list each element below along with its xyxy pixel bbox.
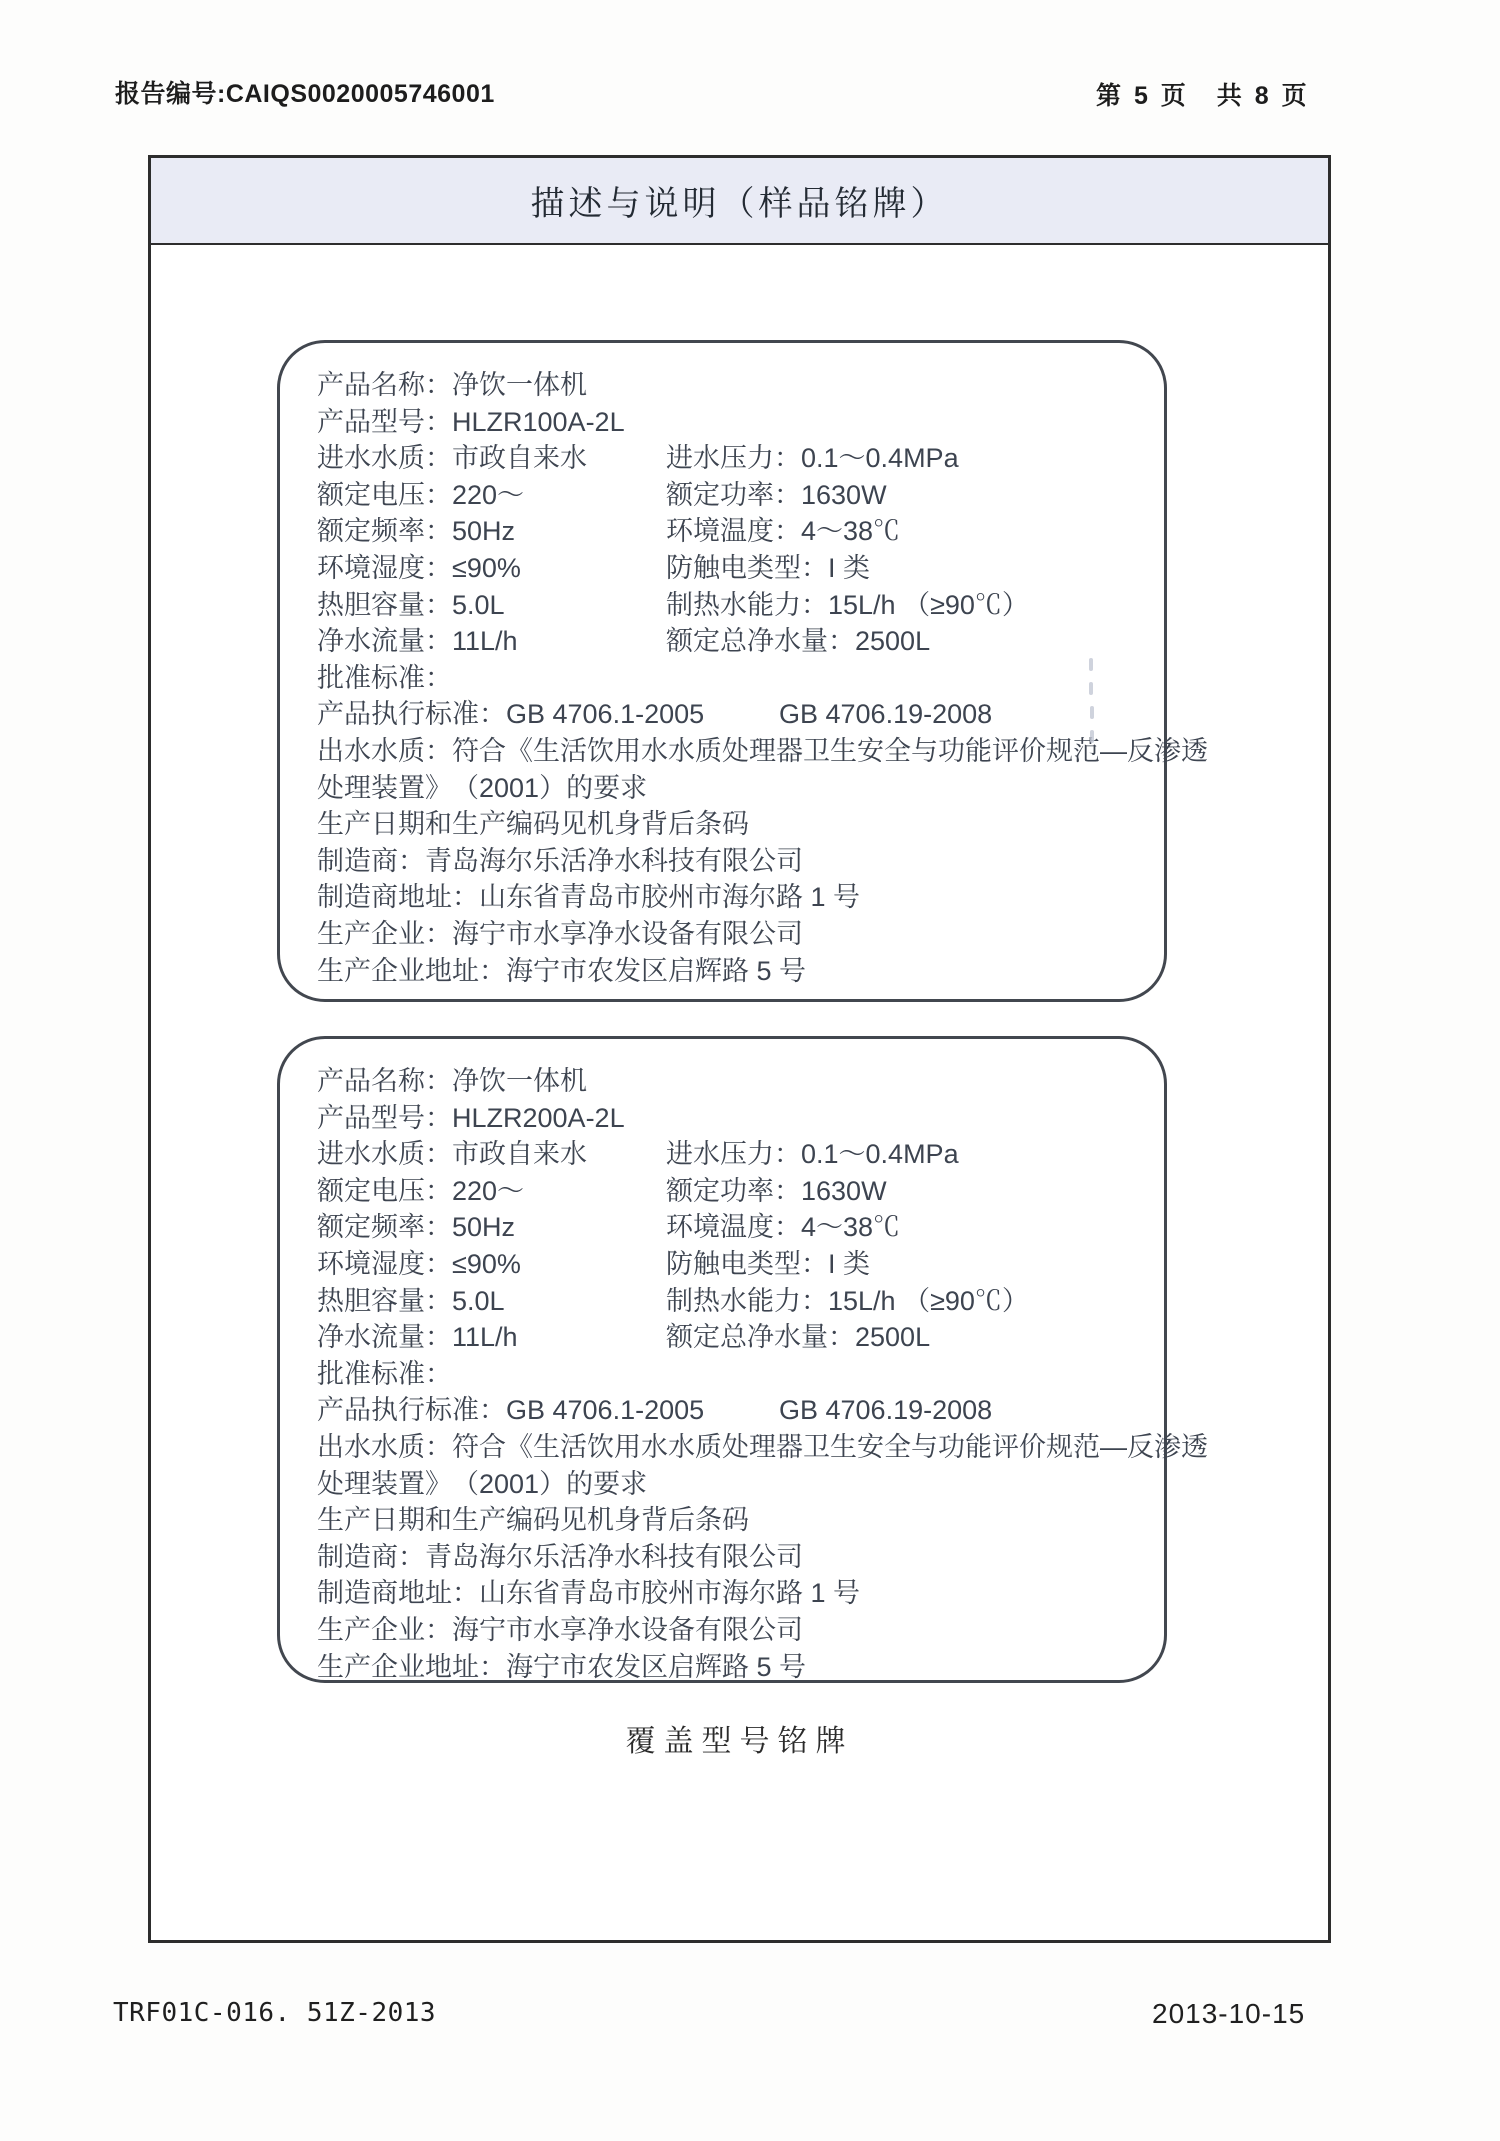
nameplate-box-1: 产品名称：净饮一体机产品型号：HLZR100A-2L进水水质：市政自来水进水压力… bbox=[277, 340, 1167, 1002]
nameplate-line-left: 产品执行标准：GB 4706.1-2005 bbox=[317, 1395, 704, 1425]
nameplate-line-left: 制造商：青岛海尔乐活净水科技有限公司 bbox=[317, 846, 803, 876]
nameplate-line-left: 环境湿度：≤90% bbox=[317, 1249, 521, 1279]
nameplate-line-left: 环境湿度：≤90% bbox=[317, 553, 521, 583]
nameplate-line-left: 额定电压：220～ bbox=[317, 480, 524, 510]
footer-doc-code: TRF01C-016. 51Z-2013 bbox=[113, 1998, 436, 2028]
nameplate-line-right: 防触电类型：I 类 bbox=[666, 550, 870, 587]
nameplate-line: 生产日期和生产编码见机身背后条码 bbox=[317, 1502, 1164, 1539]
nameplate-line: 出水水质：符合《生活饮用水水质处理器卫生安全与功能评价规范—反渗透 bbox=[317, 733, 1164, 770]
nameplate-line: 热胆容量：5.0L制热水能力：15L/h （≥90℃） bbox=[317, 1283, 1164, 1320]
nameplate-line: 产品型号：HLZR100A-2L bbox=[317, 404, 1164, 441]
nameplate-line-left: 生产日期和生产编码见机身背后条码 bbox=[317, 1505, 749, 1535]
nameplate-line-left: 生产企业地址：海宁市农发区启辉路 5 号 bbox=[317, 1652, 806, 1682]
page-indicator: 第 5 页 共 8 页 bbox=[1096, 76, 1310, 112]
nameplate-line-left: 批准标准： bbox=[317, 1359, 452, 1389]
nameplate-line-left: 产品执行标准：GB 4706.1-2005 bbox=[317, 699, 704, 729]
nameplate-line-left: 额定频率：50Hz bbox=[317, 516, 515, 546]
nameplate-line-right: 额定总净水量：2500L bbox=[666, 1319, 930, 1356]
nameplate-line-left: 净水流量：11L/h bbox=[317, 626, 518, 656]
nameplate-line-right: GB 4706.19-2008 bbox=[779, 1392, 992, 1429]
nameplate-line-left: 进水水质：市政自来水 bbox=[317, 1139, 587, 1169]
nameplate-line-left: 产品名称：净饮一体机 bbox=[317, 370, 587, 400]
nameplate-line: 进水水质：市政自来水进水压力：0.1～0.4MPa bbox=[317, 1136, 1164, 1173]
nameplate-line-left: 批准标准： bbox=[317, 663, 452, 693]
nameplate-line: 产品型号：HLZR200A-2L bbox=[317, 1100, 1164, 1137]
nameplate-line: 处理装置》 （2001）的要求 bbox=[317, 1466, 1164, 1503]
nameplate-line-right: 环境温度：4～38℃ bbox=[666, 513, 900, 550]
nameplate-line-right: 防触电类型：I 类 bbox=[666, 1246, 870, 1283]
nameplate-line-left: 净水流量：11L/h bbox=[317, 1322, 518, 1352]
nameplate-line-left: 额定电压：220～ bbox=[317, 1176, 524, 1206]
nameplate-line: 净水流量：11L/h额定总净水量：2500L bbox=[317, 623, 1164, 660]
nameplate-line-right: 制热水能力：15L/h （≥90℃） bbox=[666, 587, 1029, 624]
nameplate-line-left: 处理装置》 （2001）的要求 bbox=[317, 773, 647, 803]
nameplate-line: 产品名称：净饮一体机 bbox=[317, 367, 1164, 404]
nameplate-line-left: 产品名称：净饮一体机 bbox=[317, 1066, 587, 1096]
section-title-band: 描述与说明（样品铭牌） bbox=[151, 158, 1328, 245]
nameplate-line: 生产企业：海宁市水享净水设备有限公司 bbox=[317, 916, 1164, 953]
nameplate-line: 净水流量：11L/h额定总净水量：2500L bbox=[317, 1319, 1164, 1356]
nameplate-line-left: 处理装置》 （2001）的要求 bbox=[317, 1469, 647, 1499]
nameplate-line-left: 进水水质：市政自来水 bbox=[317, 443, 587, 473]
nameplate-line-right: 制热水能力：15L/h （≥90℃） bbox=[666, 1283, 1029, 1320]
nameplate-line: 环境湿度：≤90%防触电类型：I 类 bbox=[317, 550, 1164, 587]
nameplate-line-left: 生产企业：海宁市水享净水设备有限公司 bbox=[317, 1615, 803, 1645]
nameplate-line: 制造商地址：山东省青岛市胶州市海尔路 1 号 bbox=[317, 879, 1164, 916]
content-frame: 描述与说明（样品铭牌） 产品名称：净饮一体机产品型号：HLZR100A-2L进水… bbox=[148, 155, 1331, 1943]
nameplate-line-left: 生产企业地址：海宁市农发区启辉路 5 号 bbox=[317, 956, 806, 986]
nameplate-line-right: 环境温度：4～38℃ bbox=[666, 1209, 900, 1246]
nameplate-line: 批准标准： bbox=[317, 660, 1164, 697]
section-title: 描述与说明（样品铭牌） bbox=[531, 176, 949, 225]
nameplate-line: 额定频率：50Hz环境温度：4～38℃ bbox=[317, 513, 1164, 550]
nameplate-line: 生产企业地址：海宁市农发区启辉路 5 号 bbox=[317, 953, 1164, 990]
nameplate-line-left: 出水水质：符合《生活饮用水水质处理器卫生安全与功能评价规范—反渗透 bbox=[317, 1432, 1208, 1462]
nameplate-line-right: 额定功率：1630W bbox=[666, 1173, 887, 1210]
nameplate-line-left: 产品型号：HLZR200A-2L bbox=[317, 1103, 625, 1133]
nameplate-line: 产品执行标准：GB 4706.1-2005GB 4706.19-2008 bbox=[317, 696, 1164, 733]
nameplate-line-left: 生产日期和生产编码见机身背后条码 bbox=[317, 809, 749, 839]
nameplate-caption: 覆盖型号铭牌 bbox=[151, 1716, 1328, 1760]
scan-artifact bbox=[1090, 706, 1094, 719]
nameplate-line-right: GB 4706.19-2008 bbox=[779, 696, 992, 733]
nameplate-line: 额定电压：220～额定功率：1630W bbox=[317, 477, 1164, 514]
nameplate-line-left: 制造商地址：山东省青岛市胶州市海尔路 1 号 bbox=[317, 882, 860, 912]
nameplate-line: 环境湿度：≤90%防触电类型：I 类 bbox=[317, 1246, 1164, 1283]
nameplate-line-left: 热胆容量：5.0L bbox=[317, 1286, 505, 1316]
nameplate-line: 批准标准： bbox=[317, 1356, 1164, 1393]
nameplate-line: 额定频率：50Hz环境温度：4～38℃ bbox=[317, 1209, 1164, 1246]
nameplate-line: 产品名称：净饮一体机 bbox=[317, 1063, 1164, 1100]
nameplate-line-right: 进水压力：0.1～0.4MPa bbox=[666, 1136, 959, 1173]
nameplate-line: 额定电压：220～额定功率：1630W bbox=[317, 1173, 1164, 1210]
nameplate-line-right: 进水压力：0.1～0.4MPa bbox=[666, 440, 959, 477]
scan-artifact bbox=[1090, 730, 1094, 743]
nameplate-line: 生产企业地址：海宁市农发区启辉路 5 号 bbox=[317, 1649, 1164, 1686]
nameplate-line: 产品执行标准：GB 4706.1-2005GB 4706.19-2008 bbox=[317, 1392, 1164, 1429]
nameplate-line-right: 额定总净水量：2500L bbox=[666, 623, 930, 660]
nameplate-line: 制造商：青岛海尔乐活净水科技有限公司 bbox=[317, 843, 1164, 880]
nameplate-line: 生产企业：海宁市水享净水设备有限公司 bbox=[317, 1612, 1164, 1649]
nameplate-line-left: 出水水质：符合《生活饮用水水质处理器卫生安全与功能评价规范—反渗透 bbox=[317, 736, 1208, 766]
nameplate-line-left: 产品型号：HLZR100A-2L bbox=[317, 407, 625, 437]
nameplate-line: 热胆容量：5.0L制热水能力：15L/h （≥90℃） bbox=[317, 587, 1164, 624]
nameplate-line: 进水水质：市政自来水进水压力：0.1～0.4MPa bbox=[317, 440, 1164, 477]
nameplate-line-right: 额定功率：1630W bbox=[666, 477, 887, 514]
nameplate-line: 制造商地址：山东省青岛市胶州市海尔路 1 号 bbox=[317, 1575, 1164, 1612]
nameplate-line-left: 热胆容量：5.0L bbox=[317, 590, 505, 620]
scan-artifact bbox=[1089, 682, 1093, 695]
nameplate-line: 生产日期和生产编码见机身背后条码 bbox=[317, 806, 1164, 843]
footer-date: 2013-10-15 bbox=[1152, 1998, 1305, 2030]
nameplate-line-left: 制造商地址：山东省青岛市胶州市海尔路 1 号 bbox=[317, 1578, 860, 1608]
nameplate-line: 出水水质：符合《生活饮用水水质处理器卫生安全与功能评价规范—反渗透 bbox=[317, 1429, 1164, 1466]
nameplate-line-left: 生产企业：海宁市水享净水设备有限公司 bbox=[317, 919, 803, 949]
nameplate-line: 制造商：青岛海尔乐活净水科技有限公司 bbox=[317, 1539, 1164, 1576]
nameplate-line-left: 制造商：青岛海尔乐活净水科技有限公司 bbox=[317, 1542, 803, 1572]
nameplate-line-left: 额定频率：50Hz bbox=[317, 1212, 515, 1242]
nameplate-line: 处理装置》 （2001）的要求 bbox=[317, 770, 1164, 807]
scan-artifact bbox=[1089, 658, 1093, 671]
nameplate-box-2: 产品名称：净饮一体机产品型号：HLZR200A-2L进水水质：市政自来水进水压力… bbox=[277, 1036, 1167, 1683]
report-number: 报告编号:CAIQS0020005746001 bbox=[115, 74, 495, 110]
